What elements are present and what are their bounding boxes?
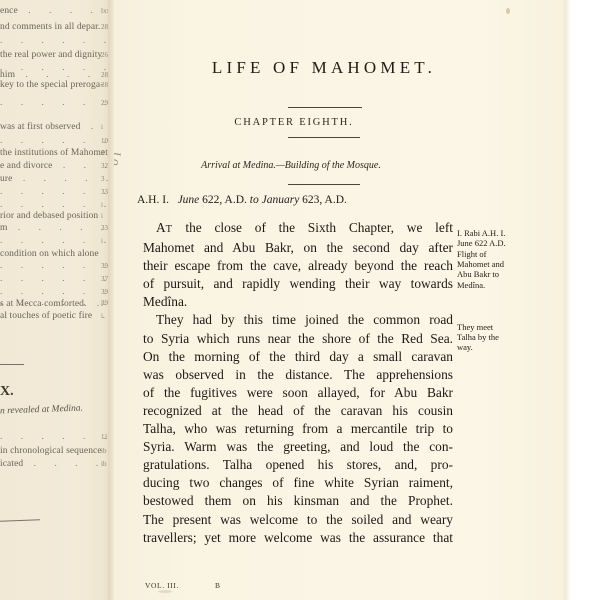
toc-leader-dots: . . . . . . . . . . <box>0 98 112 108</box>
body-line: ducing two changes of fine white Syrian … <box>143 474 453 492</box>
running-title: LIFE OF MAHOMET. <box>194 58 454 78</box>
body-line: Medîna. <box>143 293 453 311</box>
toc-leader-dots: . . . . . . . . . . <box>12 174 112 184</box>
toc-entry-text: the institutions of Mahomet <box>0 148 108 158</box>
page-footer: VOL. III. B <box>145 581 345 590</box>
paper-smudge <box>158 590 172 593</box>
body-line: The present was welcome to the soiled an… <box>143 511 453 529</box>
toc-rule <box>0 364 24 365</box>
chapter-subtitle: Arrival at Medina.—Building of the Mosqu… <box>136 160 446 171</box>
toc-entry: al touches of poetic fire . . . . . . . … <box>0 311 100 321</box>
dateline-to: to <box>250 194 259 206</box>
toc-entry-text: ence <box>0 6 18 16</box>
toc-leader-dots: . . . . . . . . . . <box>23 459 112 469</box>
toc-entry: . . . . . . . . . . <box>0 187 100 197</box>
toc-entry: condition on which alone . . . . . . . .… <box>0 249 100 259</box>
margin-note: Flight ofMahomet andAbu Bakr toMedîna. <box>457 249 547 290</box>
toc-entry: e and divorce . . . . . . . . . . <box>0 161 100 171</box>
toc-leader-dots: . . . . . . . . . . <box>0 187 112 197</box>
toc-entry: . . . . . . . . . . <box>0 287 100 297</box>
toc-entry-text: ure <box>0 174 12 184</box>
dateline-start-month: June <box>178 194 200 206</box>
body-line: travellers; yet more welcome was the ass… <box>143 529 453 547</box>
dateline-start-year: 622, A.D. <box>202 194 247 206</box>
toc-entry-text: m <box>0 223 8 233</box>
body-line: bestowed them on his kinsman and the Pro… <box>143 492 453 510</box>
body-line: Syria. Warm was the greeting, and loud t… <box>143 438 453 456</box>
paper-spot <box>506 8 510 14</box>
toc-leader-dots: . . . . . . . . . . <box>0 287 112 297</box>
toc-entry-text: him <box>0 70 15 80</box>
toc-rule <box>0 519 40 521</box>
right-page: LIFE OF MAHOMET. CHAPTER EIGHTH. Arrival… <box>114 0 566 600</box>
toc-entry: m . . . . . . . . . . <box>0 223 100 233</box>
toc-entry: rior and debased position . . . . . . . … <box>0 211 100 221</box>
dateline-end-month: January <box>262 194 300 206</box>
toc-entry-text: key to the special preroga- <box>0 80 103 90</box>
body-line: recognized at the head of the caravan hi… <box>143 402 453 420</box>
toc-entry-text: was at first observed <box>0 122 80 132</box>
toc-leader-dots: . . . . . . . . . . <box>0 36 112 46</box>
chapter-heading: CHAPTER EIGHTH. <box>174 117 414 128</box>
toc-entry-text: condition on which alone <box>0 249 99 259</box>
toc-section-heading: X. <box>0 384 14 400</box>
body-text: AT the close of the Sixth Chapter, we le… <box>143 219 453 547</box>
margin-note: I. Rabi A.H. I.June 622 A.D. <box>457 228 547 248</box>
toc-entry-text: al touches of poetic fire <box>0 311 92 321</box>
toc-entry-text: nd comments in all depar. <box>0 22 100 32</box>
toc-leader-dots: . . . . . . . . . . <box>15 70 112 80</box>
toc-entry: s at Mecca comforted. . . . . . . . . . … <box>0 299 100 309</box>
toc-leader-dots: . . . . . . . . . . <box>0 136 112 146</box>
toc-entry: nd comments in all depar. . . . . . . . … <box>0 22 100 32</box>
toc-entry-text: e and divorce <box>0 161 52 171</box>
toc-entry: . . . . . . . . . . <box>0 98 100 108</box>
dateline-end-year: 623, A.D. <box>302 194 347 206</box>
toc-entry: ence . . . . . . . . . . <box>0 6 100 16</box>
toc-leader-dots: . . . . . . . . . . <box>18 6 112 16</box>
pencil-annotation: J o <box>114 150 124 166</box>
body-line: AT the close of the Sixth Chapter, we le… <box>143 219 453 239</box>
volume-number: VOL. III. <box>145 581 179 590</box>
toc-entry: . . . . . . . . . . <box>0 274 100 284</box>
toc-section-subtitle: n revealed at Medina. <box>0 404 83 417</box>
signature-mark: B <box>215 581 221 590</box>
toc-entry: . . . . . . . . . . <box>0 236 100 246</box>
toc-entry-text: the real power and dignity <box>0 50 102 60</box>
toc-leader-dots: . . . . . . . . . . <box>0 200 112 210</box>
body-line: Mahomet and Abu Bakr, on the second day … <box>143 239 453 257</box>
subtitle-rule <box>288 184 360 185</box>
margin-note: They meetTalha by theway. <box>457 322 547 353</box>
toc-entry: . . . . . . . . . . <box>0 136 100 146</box>
toc-leader-dots: . . . . . . . . . . <box>8 223 113 233</box>
body-line: to Syria which runs near the shore of th… <box>143 330 453 348</box>
toc-entry: . . . . . . . . . . <box>0 432 100 442</box>
toc-entry: ure . . . . . . . . . . <box>0 174 100 184</box>
body-line: Talha, who was returning from a mercanti… <box>143 420 453 438</box>
toc-entry: . . . . . . . . . . <box>0 200 100 210</box>
title-rule <box>288 107 362 108</box>
toc-leader-dots: . . . . . . . . . . <box>0 432 112 442</box>
toc-entry-text: s at Mecca comforted. <box>0 299 87 309</box>
body-line: of pursuit, and rapidly wending their wa… <box>143 275 453 293</box>
toc-entry-text: in chronological sequence <box>0 446 102 456</box>
dateline-era: A.H. I. <box>137 194 169 206</box>
toc-entry: the real power and dignity . . . . . . .… <box>0 50 100 60</box>
chapter-rule <box>288 137 360 138</box>
toc-entry-text: icated <box>0 459 23 469</box>
toc-entry: key to the special preroga- . . . . . . … <box>0 80 100 90</box>
drop-smallcaps: AT <box>156 220 173 235</box>
dateline: A.H. I. June 622, A.D. to January 623, A… <box>137 194 467 206</box>
toc-entry-text: rior and debased position <box>0 211 98 221</box>
body-line: was observed in the distance. The appreh… <box>143 366 453 384</box>
toc-entry: was at first observed . . . . . . . . . … <box>0 122 100 132</box>
body-line: They had by this time joined the common … <box>143 311 453 329</box>
toc-entry: . . . . . . . . . . <box>0 261 100 271</box>
body-line: On the morning of the third day a small … <box>143 348 453 366</box>
toc-entry: the institutions of Mahomet . . . . . . … <box>0 148 100 158</box>
left-page: ence . . . . . . . . . .lxxnd comments i… <box>0 0 112 600</box>
body-line: their escape from the cave, already beyo… <box>143 257 453 275</box>
body-line: of the fugitives were soon allayed, for … <box>143 384 453 402</box>
toc-leader-dots: . . . . . . . . . . <box>0 261 112 271</box>
page-edge-background <box>564 0 600 600</box>
toc-entry: . . . . . . . . . . <box>0 36 100 46</box>
toc-leader-dots: . . . . . . . . . . <box>0 274 112 284</box>
toc-entry: him . . . . . . . . . . <box>0 70 100 80</box>
toc-entry: in chronological sequence . . . . . . . … <box>0 446 100 456</box>
toc-leader-dots: . . . . . . . . . . <box>0 236 112 246</box>
toc-entry: icated . . . . . . . . . . <box>0 459 100 469</box>
body-line: gratulations. Talha opened his stores, a… <box>143 456 453 474</box>
